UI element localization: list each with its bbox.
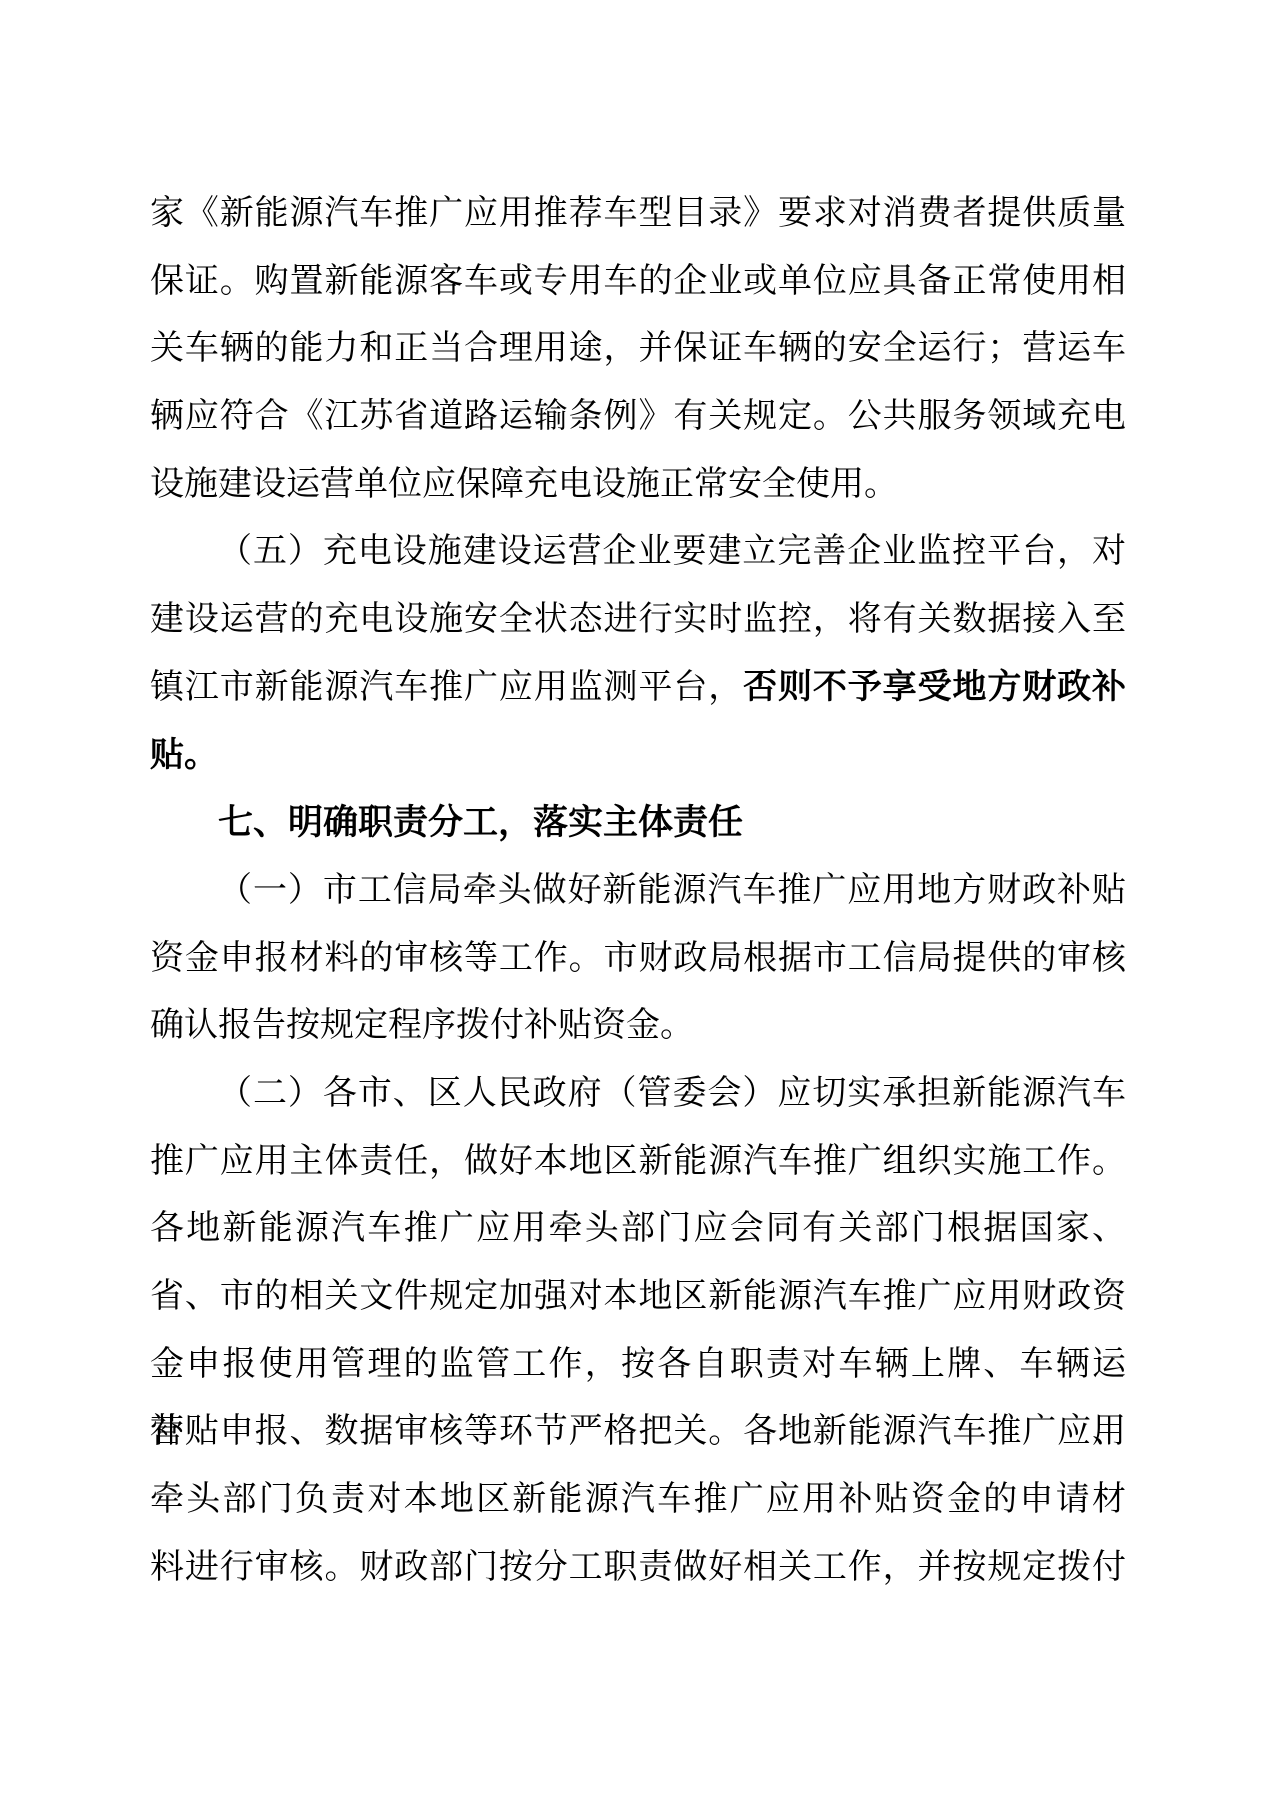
body-text: 推广应用主体责任，做好本地区新能源汽车推广组织实施工作。: [150, 1143, 1126, 1180]
text-line: （五）充电设施建设运营企业要建立完善企业监控平台，对: [150, 518, 1126, 586]
text-line: 推广应用主体责任，做好本地区新能源汽车推广组织实施工作。: [150, 1128, 1126, 1196]
body-text: 资金申报材料的审核等工作。市财政局根据市工信局提供的审核: [150, 940, 1126, 977]
body-text: 设施建设运营单位应保障充电设施正常安全使用。: [150, 466, 898, 503]
body-text: 牵头部门负责对本地区新能源汽车推广应用补贴资金的申请材: [150, 1481, 1126, 1518]
document-body: 家《新能源汽车推广应用推荐车型目录》要求对消费者提供质量保证。购置新能源客车或专…: [150, 180, 1126, 1601]
text-line: 补贴申报、数据审核等环节严格把关。各地新能源汽车推广应用: [150, 1398, 1126, 1466]
body-text: 家《新能源汽车推广应用推荐车型目录》要求对消费者提供质量: [150, 195, 1126, 232]
body-text: 关车辆的能力和正当合理用途，并保证车辆的安全运行；营运车: [150, 330, 1126, 367]
text-line: 关车辆的能力和正当合理用途，并保证车辆的安全运行；营运车: [150, 315, 1126, 383]
emphasis-text: 贴。: [150, 736, 218, 774]
body-text: 建设运营的充电设施安全状态进行实时监控，将有关数据接入至: [150, 601, 1126, 638]
text-line: 资金申报材料的审核等工作。市财政局根据市工信局提供的审核: [150, 925, 1126, 993]
body-text: 料进行审核。财政部门按分工职责做好相关工作，并按规定拨付: [150, 1549, 1126, 1586]
body-text: （五）充电设施建设运营企业要建立完善企业监控平台，对: [218, 533, 1126, 570]
text-line: 确认报告按规定程序拨付补贴资金。: [150, 992, 1126, 1060]
body-text: 镇江市新能源汽车推广应用监测平台，: [150, 669, 743, 706]
document-page: 家《新能源汽车推广应用推荐车型目录》要求对消费者提供质量保证。购置新能源客车或专…: [0, 0, 1273, 1800]
text-line: 金申报使用管理的监管工作，按各自职责对车辆上牌、车辆运营、: [150, 1331, 1126, 1399]
text-line: 保证。购置新能源客车或专用车的企业或单位应具备正常使用相: [150, 248, 1126, 316]
text-line: （一）市工信局牵头做好新能源汽车推广应用地方财政补贴: [150, 857, 1126, 925]
body-text: 保证。购置新能源客车或专用车的企业或单位应具备正常使用相: [150, 263, 1126, 300]
text-line: 省、市的相关文件规定加强对本地区新能源汽车推广应用财政资: [150, 1263, 1126, 1331]
emphasis-text: 否则不予享受地方财政补: [743, 668, 1126, 706]
text-line: 牵头部门负责对本地区新能源汽车推广应用补贴资金的申请材: [150, 1466, 1126, 1534]
text-line: 镇江市新能源汽车推广应用监测平台，否则不予享受地方财政补: [150, 654, 1126, 722]
body-text: 辆应符合《江苏省道路运输条例》有关规定。公共服务领域充电: [150, 398, 1126, 435]
text-line: 料进行审核。财政部门按分工职责做好相关工作，并按规定拨付: [150, 1534, 1126, 1602]
body-text: 省、市的相关文件规定加强对本地区新能源汽车推广应用财政资: [150, 1278, 1126, 1315]
text-line: 设施建设运营单位应保障充电设施正常安全使用。: [150, 451, 1126, 519]
body-text: 补贴申报、数据审核等环节严格把关。各地新能源汽车推广应用: [150, 1413, 1126, 1450]
section-heading: 七、明确职责分工，落实主体责任: [150, 789, 1126, 857]
text-line: 贴。: [150, 722, 1126, 790]
body-text: （一）市工信局牵头做好新能源汽车推广应用地方财政补贴: [218, 872, 1126, 909]
body-text: 确认报告按规定程序拨付补贴资金。: [150, 1007, 694, 1044]
body-text: （二）各市、区人民政府（管委会）应切实承担新能源汽车: [218, 1075, 1126, 1112]
body-text: 各地新能源汽车推广应用牵头部门应会同有关部门根据国家、: [150, 1210, 1126, 1247]
text-line: 辆应符合《江苏省道路运输条例》有关规定。公共服务领域充电: [150, 383, 1126, 451]
text-line: 建设运营的充电设施安全状态进行实时监控，将有关数据接入至: [150, 586, 1126, 654]
text-line: （二）各市、区人民政府（管委会）应切实承担新能源汽车: [150, 1060, 1126, 1128]
emphasis-text: 七、明确职责分工，落实主体责任: [218, 803, 743, 842]
text-line: 各地新能源汽车推广应用牵头部门应会同有关部门根据国家、: [150, 1195, 1126, 1263]
text-line: 家《新能源汽车推广应用推荐车型目录》要求对消费者提供质量: [150, 180, 1126, 248]
